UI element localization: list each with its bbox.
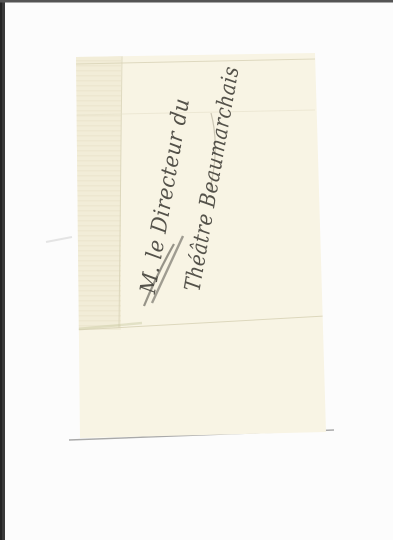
scanner-edge-top (0, 0, 393, 3)
fold-band-texture (76, 53, 121, 330)
scanner-edge-left-inner (0, 0, 2, 540)
scanned-letter-page: M. le Directeur du Théâtre Beaumarchais (0, 0, 393, 540)
scan-canvas: M. le Directeur du Théâtre Beaumarchais (0, 0, 393, 540)
